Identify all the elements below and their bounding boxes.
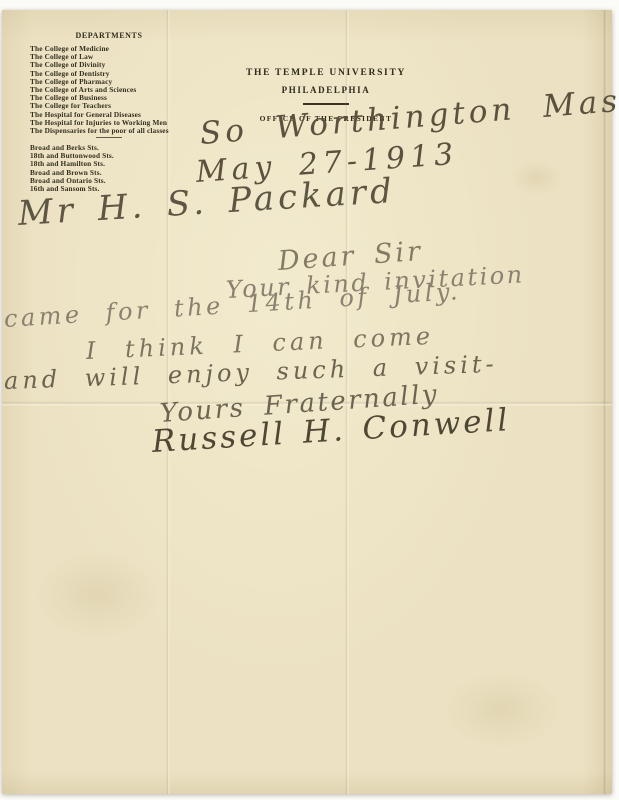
- department-item: The Dispensaries for the poor of all cla…: [30, 127, 169, 135]
- departments-title: DEPARTMENTS: [30, 31, 188, 40]
- university-name: THE TEMPLE UNIVERSITY: [240, 68, 412, 78]
- departments-list: The College of Medicine The College of L…: [30, 45, 169, 135]
- letter-paper: DEPARTMENTS The College of Medicine The …: [2, 10, 612, 794]
- paper-stain: [442, 670, 562, 750]
- locations-list: Broad and Berks Sts. 18th and Buttonwood…: [30, 144, 114, 193]
- scanned-letter: DEPARTMENTS The College of Medicine The …: [0, 0, 619, 800]
- letterhead-separator: [96, 137, 122, 138]
- city-name: PHILADELPHIA: [240, 85, 412, 95]
- paper-stain: [32, 550, 162, 640]
- paper-stain: [512, 160, 562, 196]
